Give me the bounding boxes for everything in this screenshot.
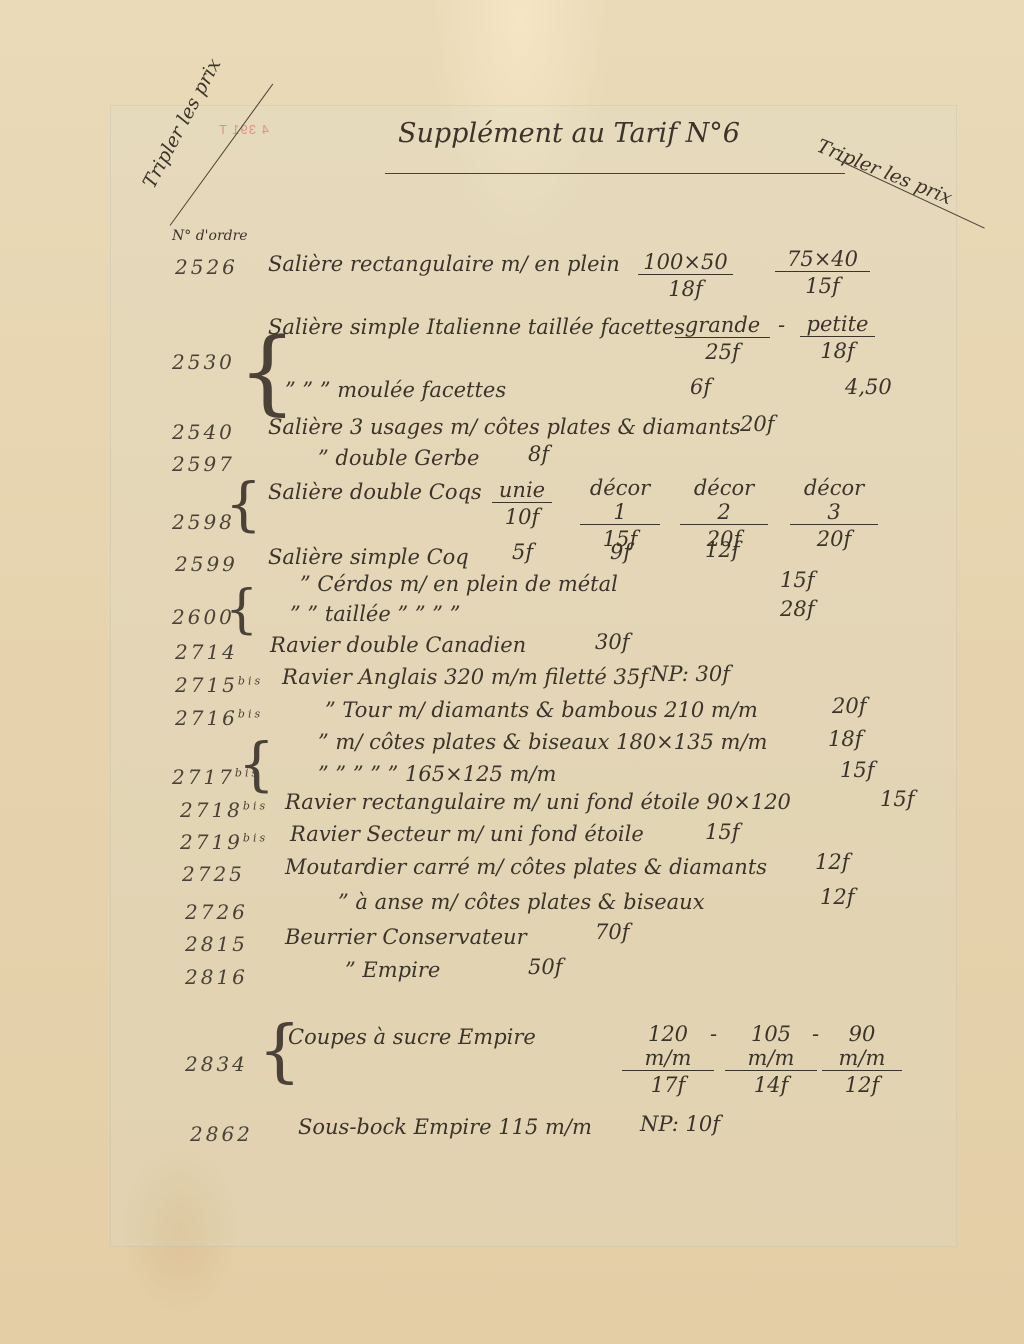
grouping-brace: { [238, 730, 275, 798]
entry-description: Ravier Anglais 320 m/m filetté 35f [282, 665, 648, 689]
entry-description: Coupes à sucre Empire [288, 1025, 536, 1049]
entry-number: 2816 [185, 965, 248, 989]
price-option: 105 m/m14f [725, 1022, 817, 1097]
entry-price: 15f [840, 758, 875, 782]
entry-price: 8f [528, 442, 549, 466]
entry-number: 2599 [175, 552, 238, 576]
entry-description: ” Cérdos m/ en plein de métal [300, 572, 618, 596]
entry-price: 70f [595, 920, 630, 944]
entry-number: 2530 [172, 350, 235, 374]
entry-price: 5f [512, 540, 533, 564]
price-option: petite18f [800, 312, 875, 363]
entry-description: ” Empire [345, 958, 440, 982]
entry-description: Sous-bock Empire 115 m/m [298, 1115, 592, 1139]
price-option: 120 m/m17f [622, 1022, 714, 1097]
page-title: Supplément au Tarif N°6 [398, 118, 740, 149]
separator-dash: - [812, 1022, 819, 1046]
entry-extra: NP: 30f [650, 662, 730, 686]
title-underline [385, 173, 845, 174]
grouping-brace: { [258, 1012, 301, 1091]
entry-price: 15f [880, 787, 915, 811]
price-option: 100×5018f [638, 250, 733, 301]
entry-price: 30f [595, 630, 630, 654]
separator-dash: - [778, 313, 785, 337]
entry-number: 2716bis [175, 706, 263, 730]
entry-number: 2526 [175, 255, 238, 279]
entry-price: 12f [815, 850, 850, 874]
entry-description: ” à anse m/ côtes plates & biseaux [338, 890, 705, 914]
price-option: unie10f [492, 478, 552, 529]
entry-price: 20f [832, 694, 867, 718]
price-option: 75×4015f [775, 247, 870, 298]
entry-description: ” ” ” moulée facettes [285, 378, 506, 402]
entry-description: ” ” ” ” ” 165×125 m/m [318, 762, 556, 786]
entry-price: 9f [610, 540, 631, 564]
grouping-brace: { [225, 470, 262, 538]
entry-price: 15f [705, 820, 740, 844]
separator-dash: - [710, 1022, 717, 1046]
entry-description: Salière rectangulaire m/ en plein [268, 252, 620, 276]
entry-number: 2725 [182, 862, 245, 886]
entry-description: ” double Gerbe [318, 446, 479, 470]
entry-description: ” m/ côtes plates & biseaux 180×135 m/m [318, 730, 767, 754]
price-option: 90 m/m12f [822, 1022, 902, 1097]
entry-price: 6f [690, 375, 711, 399]
entry-price: 15f [780, 568, 815, 592]
entry-number: 2714 [175, 640, 238, 664]
entry-number: 2715bis [175, 673, 263, 697]
entry-price: 12f [705, 538, 740, 562]
entry-price: 20f [740, 412, 775, 436]
entry-description: Salière 3 usages m/ côtes plates & diama… [268, 415, 741, 439]
price-option: décor 320f [790, 476, 878, 551]
entry-description: Ravier Secteur m/ uni fond étoile [290, 822, 644, 846]
entry-description: Moutardier carré m/ côtes plates & diama… [285, 855, 767, 879]
entry-description: Ravier rectangulaire m/ uni fond étoile … [285, 790, 791, 814]
entry-number: 2862 [190, 1122, 253, 1146]
entry-price: 50f [528, 955, 563, 979]
entry-price: 18f [828, 727, 863, 751]
column-header-order-number: N° d'ordre [172, 228, 248, 244]
entry-price: 12f [820, 885, 855, 909]
entry-number: 2719bis [180, 830, 268, 854]
entry-description: ” Tour m/ diamants & bambous 210 m/m [325, 698, 758, 722]
grouping-brace: { [225, 580, 258, 640]
entry-description: Ravier double Canadien [270, 633, 526, 657]
entry-number: 2815 [185, 932, 248, 956]
price-option: grande25f [675, 313, 770, 364]
entry-extra: NP: 10f [640, 1112, 720, 1136]
entry-price: 4,50 [845, 375, 892, 399]
entry-description: Beurrier Conservateur [285, 925, 527, 949]
entry-description: Salière double Coqs [268, 480, 482, 504]
entry-description: ” ” taillée ” ” ” ” [290, 602, 460, 626]
entry-number: 2834 [185, 1052, 248, 1076]
entry-description: Salière simple Italienne taillée facette… [268, 315, 685, 339]
entry-number: 2726 [185, 900, 248, 924]
entry-price: 28f [780, 597, 815, 621]
entry-description: Salière simple Coq [268, 545, 469, 569]
entry-number: 2540 [172, 420, 235, 444]
entry-number: 2718bis [180, 798, 268, 822]
